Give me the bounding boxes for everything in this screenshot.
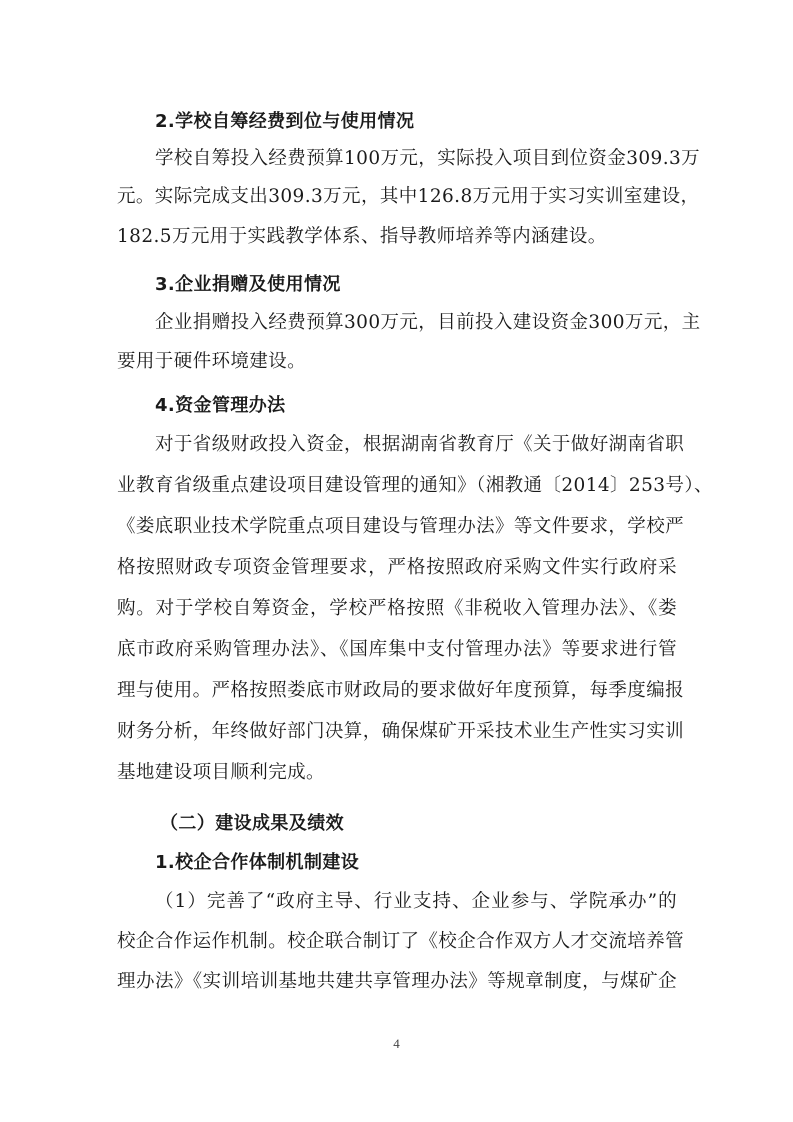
section-heading-self-funding: 2.学校自筹经费到位与使用情况 bbox=[155, 110, 715, 134]
paragraph-line: 财务分析，年终做好部门决算，确保煤矿开采技术业生产性实习实训 bbox=[117, 720, 677, 744]
page-number: 4 bbox=[0, 1036, 793, 1052]
paragraph-line: 元。实际完成支出309.3万元，其中126.8万元用于实习实训室建设， bbox=[117, 185, 677, 209]
paragraph-line: （1）完善了“政府主导、行业支持、企业参与、学院承办”的 bbox=[155, 890, 677, 914]
paragraph-line: 格按照财政专项资金管理要求，严格按照政府采购文件实行政府采 bbox=[117, 556, 677, 580]
paragraph-line: 对于省级财政投入资金，根据湖南省教育厅《关于做好湖南省职 bbox=[155, 433, 677, 457]
document-page: 2.学校自筹经费到位与使用情况 学校自筹投入经费预算100万元，实际投入项目到位… bbox=[0, 0, 793, 1122]
paragraph-line: 《娄底职业技术学院重点项目建设与管理办法》等文件要求，学校严 bbox=[117, 515, 677, 539]
paragraph-line: 理办法》《实训培训基地共建共享管理办法》等规章制度，与煤矿企 bbox=[117, 970, 677, 994]
paragraph-line: 业教育省级重点建设项目建设管理的通知》（湘教通〔2014〕253号）、 bbox=[117, 474, 677, 498]
paragraph-line: 企业捐赠投入经费预算300万元，目前投入建设资金300万元，主 bbox=[155, 311, 677, 335]
section-heading-enterprise-donation: 3.企业捐赠及使用情况 bbox=[155, 273, 715, 297]
paragraph-line: 基地建设项目顺利完成。 bbox=[117, 761, 677, 785]
paragraph-line: 购。对于学校自筹资金，学校严格按照《非税收入管理办法》、《娄 bbox=[117, 597, 677, 621]
section-heading-results: （二）建设成果及绩效 bbox=[160, 812, 720, 836]
paragraph-line: 理与使用。严格按照娄底市财政局的要求做好年度预算，每季度编报 bbox=[117, 679, 677, 703]
paragraph-line: 校企合作运作机制。校企联合制订了《校企合作双方人才交流培养管 bbox=[117, 930, 677, 954]
section-heading-mechanism: 1.校企合作体制机制建设 bbox=[155, 851, 715, 875]
paragraph-line: 要用于硬件环境建设。 bbox=[117, 350, 677, 374]
paragraph-line: 底市政府采购管理办法》、《国库集中支付管理办法》等要求进行管 bbox=[117, 638, 677, 662]
paragraph-line: 学校自筹投入经费预算100万元，实际投入项目到位资金309.3万 bbox=[155, 147, 677, 171]
paragraph-line: 182.5万元用于实践教学体系、指导教师培养等内涵建设。 bbox=[117, 225, 677, 249]
section-heading-fund-management: 4.资金管理办法 bbox=[155, 394, 715, 418]
